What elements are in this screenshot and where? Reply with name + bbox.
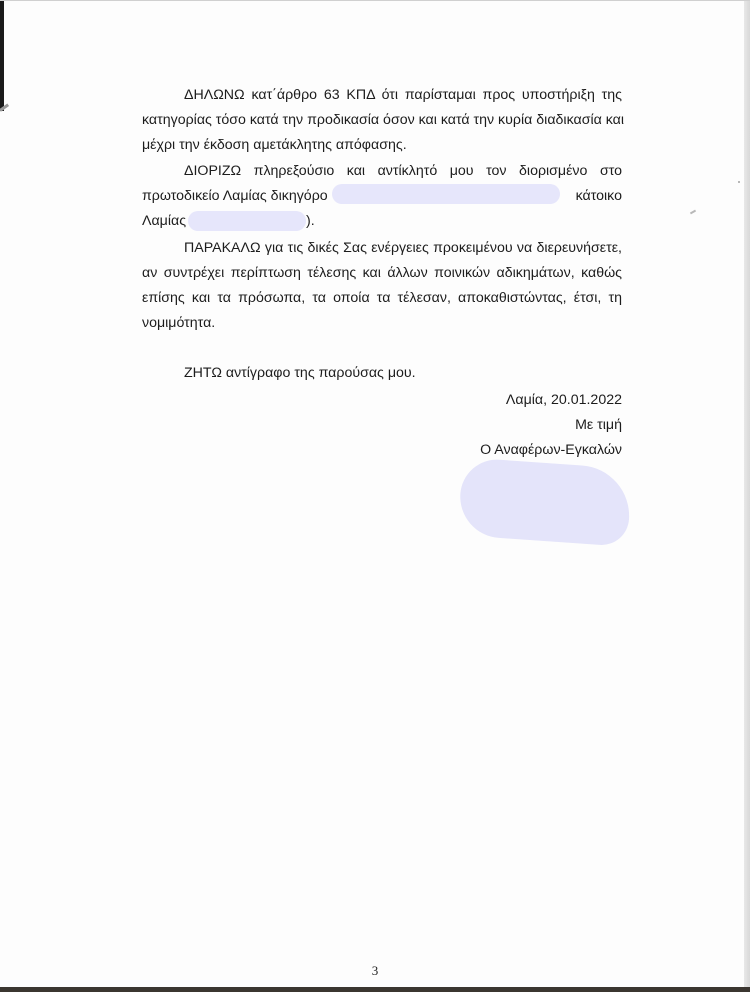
place-date: Λαμία, 20.01.2022 bbox=[142, 388, 622, 413]
line-text: πρωτοδικείο Λαμίας δικηγόρο bbox=[142, 184, 328, 209]
line-text: Λαμίας bbox=[142, 213, 186, 229]
scan-edge-left bbox=[0, 1, 4, 111]
viewer-bottom-bar bbox=[0, 987, 750, 992]
document-page: ΔΗΛΩΝΩ κατ΄άρθρο 63 ΚΠΔ ότι παρίσταμαι π… bbox=[0, 0, 750, 992]
signatory: Ο Αναφέρων-Εγκαλών bbox=[142, 438, 622, 463]
paragraph-line: μέχρι την έκδοση αμετάκλητης απόφασης. bbox=[142, 133, 622, 158]
page-number: 3 bbox=[0, 963, 750, 979]
paragraph-line: πρωτοδικείο Λαμίας δικηγόρο κάτοικο bbox=[142, 184, 622, 209]
line-text: κατηγορίας τόσο κατά την προδικασία όσον… bbox=[142, 108, 622, 133]
paragraph-line: κατηγορίας τόσο κατά την προδικασία όσον… bbox=[142, 108, 622, 133]
paragraph-declare: ΔΗΛΩΝΩ κατ΄άρθρο 63 ΚΠΔ ότι παρίσταμαι π… bbox=[142, 83, 622, 158]
line-text: ). bbox=[306, 213, 315, 229]
scan-speck bbox=[738, 181, 740, 183]
paragraph-line: Λαμίας). bbox=[142, 209, 622, 234]
paragraph-appoint: ΔΙΟΡΙΖΩ πληρεξούσιο και αντίκλητό μου το… bbox=[142, 159, 622, 234]
paragraph-line: ΖΗΤΩ αντίγραφο της παρούσας μου. bbox=[142, 361, 622, 386]
line-text: αν συντρέχει περίπτωση τέλεσης και άλλων… bbox=[142, 261, 622, 286]
line-text: ΠΑΡΑΚΑΛΩ για τις δικές Σας ενέργειες προ… bbox=[184, 236, 622, 261]
paragraph-copy-request: ΖΗΤΩ αντίγραφο της παρούσας μου. bbox=[142, 361, 622, 386]
scan-speck bbox=[690, 210, 696, 215]
scan-edge-right bbox=[744, 1, 750, 989]
paragraph-line: νομιμότητα. bbox=[142, 311, 622, 336]
paragraph-line: ΔΙΟΡΙΖΩ πληρεξούσιο και αντίκλητό μου το… bbox=[142, 159, 622, 184]
paragraph-request: ΠΑΡΑΚΑΛΩ για τις δικές Σας ενέργειες προ… bbox=[142, 236, 622, 336]
redacted-signature bbox=[457, 457, 632, 547]
paragraph-line: ΔΗΛΩΝΩ κατ΄άρθρο 63 ΚΠΔ ότι παρίσταμαι π… bbox=[142, 83, 622, 108]
paragraph-line: επίσης και τα πρόσωπα, τα οποία τα τέλεσ… bbox=[142, 286, 622, 311]
paragraph-line: αν συντρέχει περίπτωση τέλεσης και άλλων… bbox=[142, 261, 622, 286]
redacted-lawyer-name bbox=[332, 184, 560, 204]
line-text: κάτοικο bbox=[576, 184, 622, 209]
closing-block: Λαμία, 20.01.2022 Με τιμή Ο Αναφέρων-Εγκ… bbox=[142, 388, 622, 463]
paragraph-line: ΠΑΡΑΚΑΛΩ για τις δικές Σας ενέργειες προ… bbox=[142, 236, 622, 261]
line-text: ΔΙΟΡΙΖΩ πληρεξούσιο και αντίκλητό μου το… bbox=[184, 159, 622, 184]
redacted-address bbox=[188, 211, 306, 231]
line-text: επίσης και τα πρόσωπα, τα οποία τα τέλεσ… bbox=[142, 286, 622, 311]
line-text: ΔΗΛΩΝΩ κατ΄άρθρο 63 ΚΠΔ ότι παρίσταμαι π… bbox=[184, 83, 622, 108]
regards: Με τιμή bbox=[142, 413, 622, 438]
